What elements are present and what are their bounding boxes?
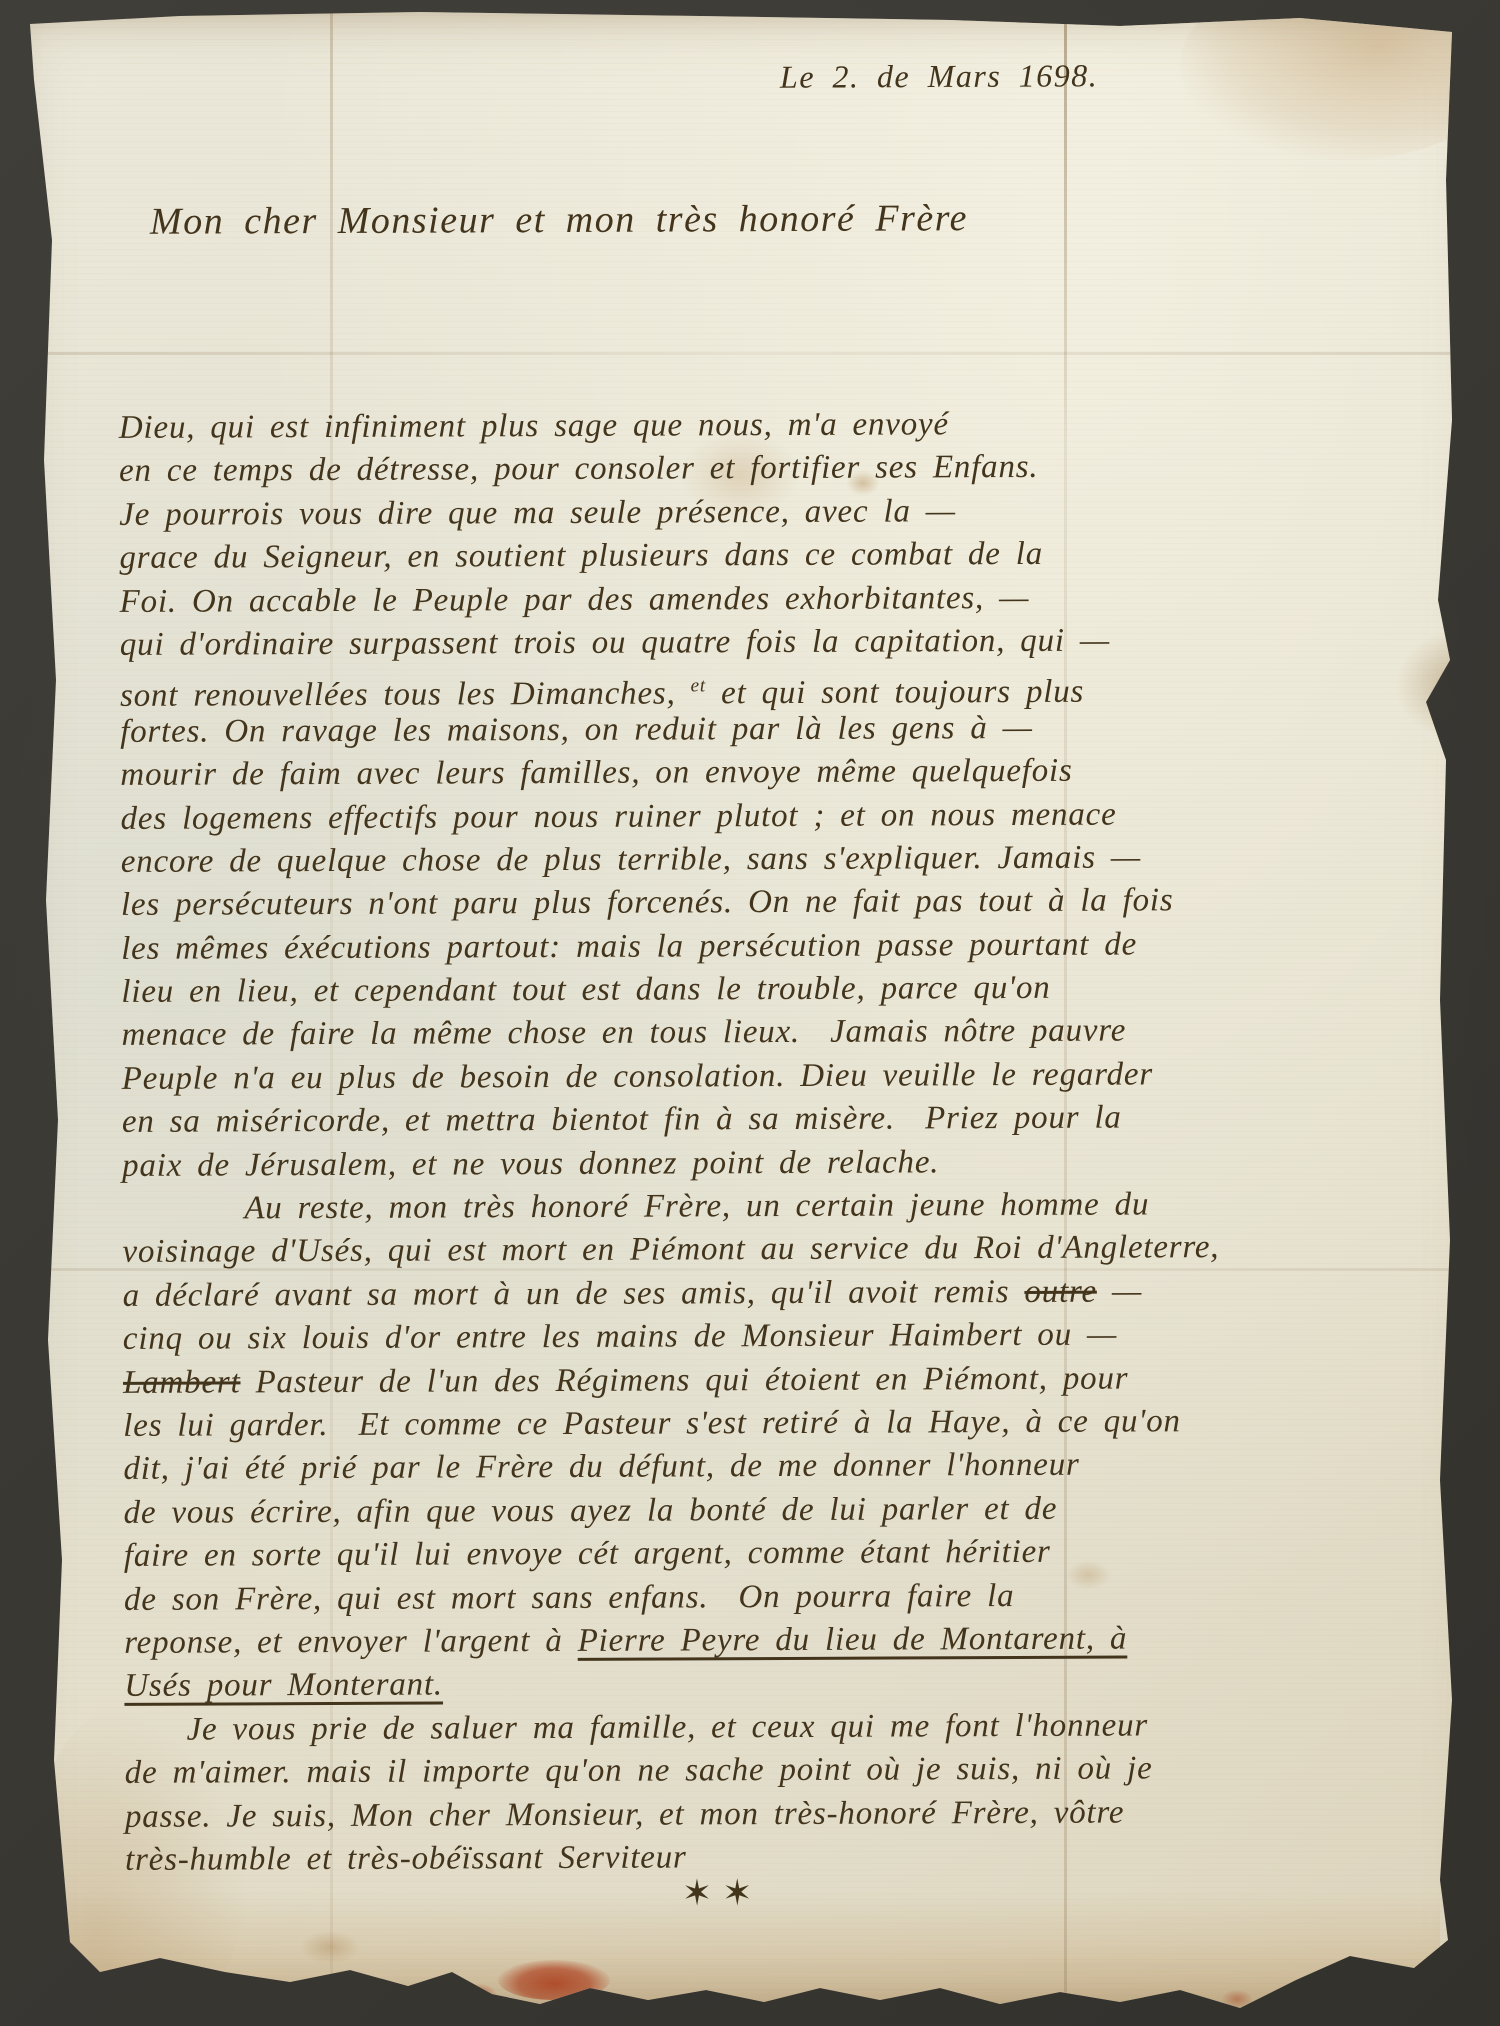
letter-line: les persécuteurs n'ont paru plus forcené… <box>121 878 1451 927</box>
letter-line: en ce temps de détresse, pour consoler e… <box>119 444 1449 493</box>
letter-line: Foi. On accable le Peuple par des amende… <box>120 575 1450 624</box>
letter-line: passe. Je suis, Mon cher Monsieur, et mo… <box>125 1790 1455 1839</box>
letter-line: mourir de faim avec leurs familles, on e… <box>120 748 1450 797</box>
letter-line: dit, j'ai été prié par le Frère du défun… <box>123 1442 1453 1491</box>
letter-line: les mêmes éxécutions partout: mais la pe… <box>121 922 1451 971</box>
letter-line: voisinage d'Usés, qui est mort en Piémon… <box>122 1226 1452 1275</box>
letter-line: cinq ou six louis d'or entre les mains d… <box>123 1312 1453 1361</box>
signature-mark: ✶✶ <box>682 1872 763 1914</box>
letter-line: très-humble et très-obéïssant Serviteur <box>125 1833 1455 1882</box>
letter-line: menace de faire la même chose en tous li… <box>121 1009 1451 1058</box>
letter-date: Le 2. de Mars 1698. <box>780 57 1098 95</box>
letter-body: Dieu, qui est infiniment plus sage que n… <box>119 401 1455 1882</box>
letter-line: faire en sorte qu'il lui envoye cét arge… <box>124 1529 1454 1578</box>
letter-line: encore de quelque chose de plus terrible… <box>121 835 1451 884</box>
letter-line: fortes. On ravage les maisons, on reduit… <box>120 705 1450 754</box>
fold-crease-horizontal <box>0 352 1500 355</box>
letter-line: Dieu, qui est infiniment plus sage que n… <box>119 401 1449 450</box>
letter-line: Je vous prie de saluer ma famille, et ce… <box>124 1703 1454 1752</box>
letter-line: en sa miséricorde, et mettra bientot fin… <box>122 1095 1452 1144</box>
letter-line: qui d'ordinaire surpassent trois ou quat… <box>120 618 1450 667</box>
letter-line: de vous écrire, afin que vous ayez la bo… <box>124 1486 1454 1535</box>
letter-line: les lui garder. Et comme ce Pasteur s'es… <box>123 1399 1453 1448</box>
letter-line: des logemens effectifs pour nous ruiner … <box>120 792 1450 841</box>
letter-line: Je pourrois vous dire que ma seule prése… <box>119 488 1449 537</box>
letter-line: Au reste, mon très honoré Frère, un cert… <box>122 1182 1452 1231</box>
letter-line: lieu en lieu, et cependant tout est dans… <box>121 965 1451 1014</box>
letter-salutation: Mon cher Monsieur et mon très honoré Frè… <box>150 196 968 244</box>
letter-line: Peuple n'a eu plus de besoin de consolat… <box>122 1052 1452 1101</box>
letter-page: Le 2. de Mars 1698. Mon cher Monsieur et… <box>0 0 1500 2026</box>
letter-line: paix de Jérusalem, et ne vous donnez poi… <box>122 1139 1452 1188</box>
foxing-spot <box>300 1930 360 1964</box>
letter-line: sont renouvellées tous les Dimanches, et… <box>120 661 1450 710</box>
letter-line: a déclaré avant sa mort à un de ses amis… <box>123 1269 1453 1318</box>
letter-line: Lambert Pasteur de l'un des Régimens qui… <box>123 1356 1453 1405</box>
letter-line: grace du Seigneur, en soutient plusieurs… <box>119 531 1449 580</box>
manuscript-scan: { "colors":{ "background":"#3a3833", "pa… <box>0 0 1500 2026</box>
letter-line: de son Frère, qui est mort sans enfans. … <box>124 1573 1454 1622</box>
letter-line: de m'aimer. mais il importe qu'on ne sac… <box>125 1746 1455 1795</box>
letter-line: reponse, et envoyer l'argent à Pierre Pe… <box>124 1616 1454 1665</box>
letter-line: Usés pour Monterant. <box>124 1659 1454 1708</box>
